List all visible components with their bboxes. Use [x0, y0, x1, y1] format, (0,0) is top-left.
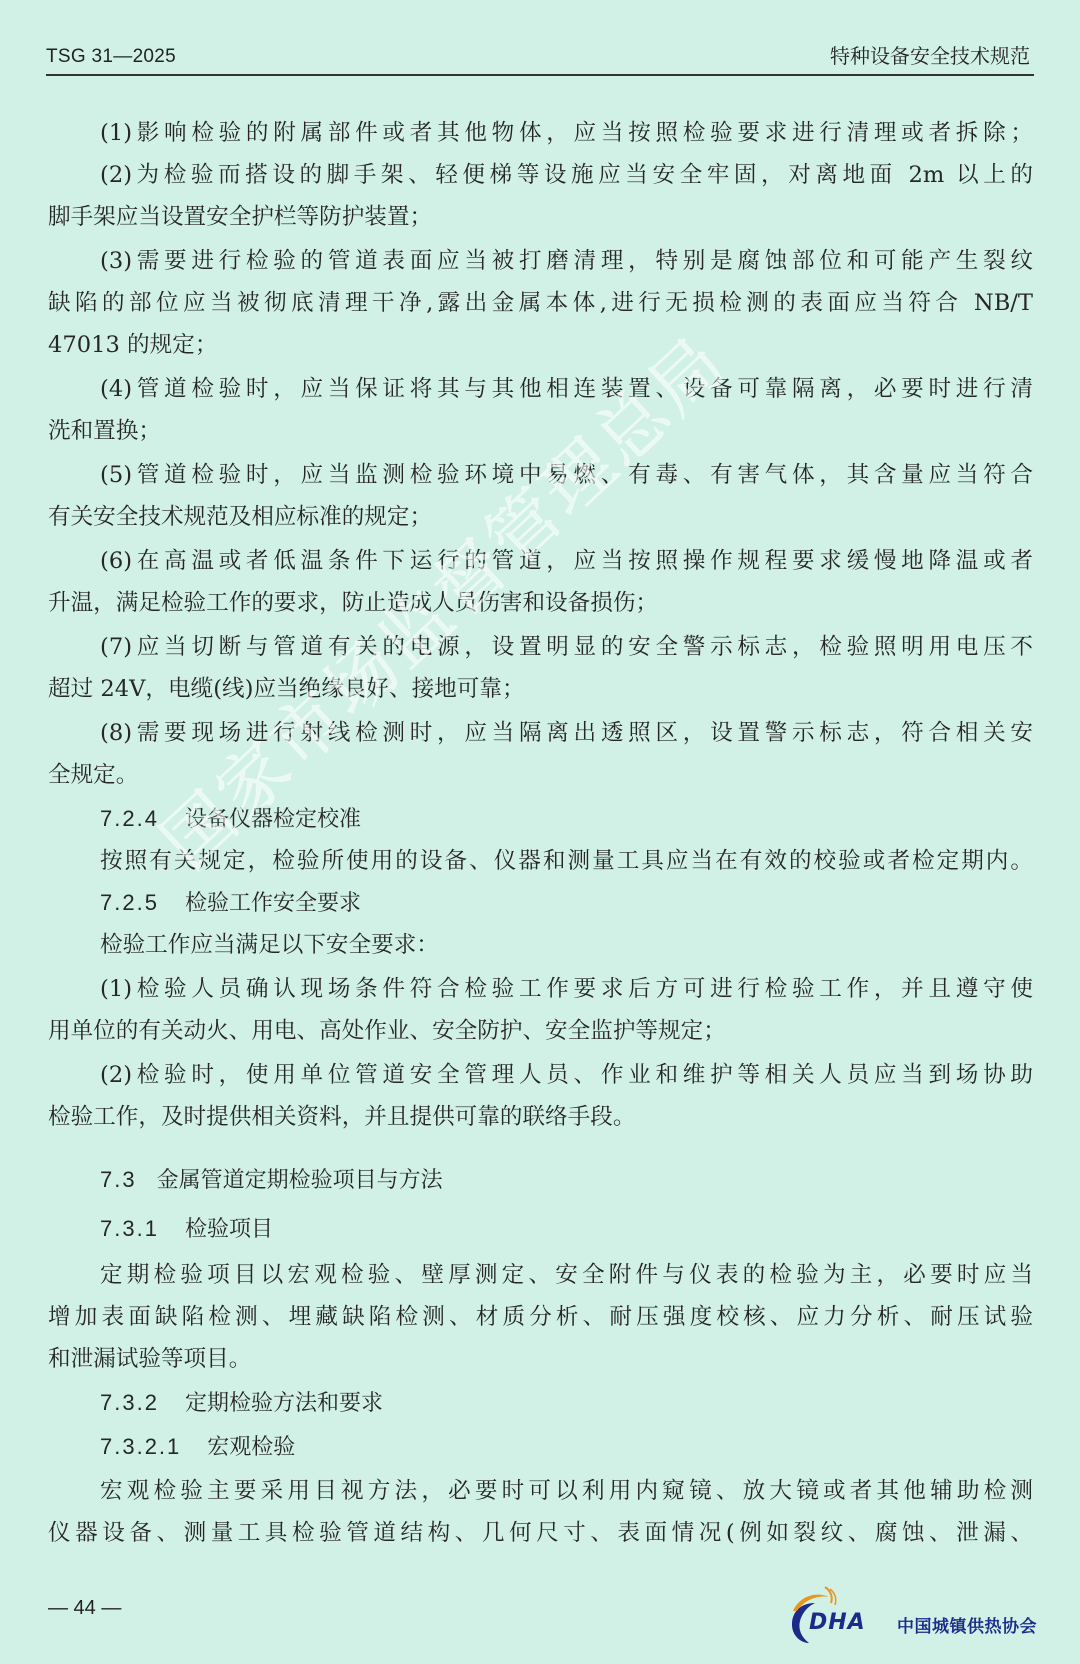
section-number: 7.2.4	[100, 804, 159, 834]
list-item-7-line-2: 超过 24V，电缆(线)应当绝缘良好、接地可靠；	[48, 674, 525, 704]
list-item-5-line-1: (5)管道检验时，应当监测检验环境中易燃、有毒、有害气体，其含量应当符合	[100, 460, 1033, 490]
list-item-4-line-1: (4)管道检验时，应当保证将其与其他相连装置、设备可靠隔离，必要时进行清	[100, 374, 1033, 404]
section-heading-7-2-4: 7.2.4设备仪器检定校准	[100, 804, 361, 835]
paragraph-7-2-5-intro: 检验工作应当满足以下安全要求：	[100, 930, 439, 960]
paragraph-7-3-1-line-1: 定期检验项目以宏观检验、壁厚测定、安全附件与仪表的检验为主，必要时应当	[100, 1260, 1033, 1290]
section-number: 7.3.2	[100, 1388, 159, 1418]
section-number: 7.3.2.1	[100, 1432, 181, 1462]
logo-organization-name: 中国城镇供热协会	[897, 1612, 1037, 1637]
list-item-8-line-2: 全规定。	[48, 760, 138, 790]
section-number: 7.2.5	[100, 888, 159, 918]
paragraph-7-2-4: 按照有关规定，检验所使用的设备、仪器和测量工具应当在有效的校验或者检定期内。	[100, 846, 1033, 876]
list-item-5-line-2: 有关安全技术规范及相应标准的规定；	[48, 502, 432, 532]
list-item-3-line-3: 47013 的规定；	[48, 330, 217, 360]
list-item-4-line-2: 洗和置换；	[48, 416, 161, 446]
list-item-2-line-1: (2)为检验而搭设的脚手架、轻便梯等设施应当安全牢固，对离地面 2m 以上的	[100, 160, 1033, 190]
list-item-8-line-1: (8)需要现场进行射线检测时，应当隔离出透照区，设置警示标志，符合相关安	[100, 718, 1033, 748]
standard-code: TSG 31—2025	[46, 46, 176, 68]
list-item-3-line-2: 缺陷的部位应当被彻底清理干净,露出金属本体,进行无损检测的表面应当符合 NB/T	[48, 288, 1033, 318]
section-heading-7-2-5: 7.2.5检验工作安全要求	[100, 888, 361, 919]
list-item-7-2-5-1-line-2: 用单位的有关动火、用电、高处作业、安全防护、安全监护等规定；	[48, 1016, 726, 1046]
paragraph-7-3-2-1-line-1: 宏观检验主要采用目视方法，必要时可以利用内窥镜、放大镜或者其他辅助检测	[100, 1476, 1033, 1506]
page-header: TSG 31—2025 特种设备安全技术规范	[46, 38, 1034, 76]
paragraph-7-3-1-line-3: 和泄漏试验等项目。	[48, 1344, 251, 1374]
section-title: 检验工作安全要求	[185, 891, 361, 916]
page-number: — 44 —	[48, 1597, 121, 1620]
section-title: 设备仪器检定校准	[185, 807, 361, 832]
list-item-6-line-2: 升温，满足检验工作的要求，防止造成人员伤害和设备损伤；	[48, 588, 658, 618]
section-title: 金属管道定期检验项目与方法	[157, 1168, 443, 1193]
section-heading-7-3-2: 7.3.2定期检验方法和要求	[100, 1388, 383, 1419]
section-number: 7.3.1	[100, 1214, 159, 1244]
section-heading-7-3: 7.3金属管道定期检验项目与方法	[100, 1165, 443, 1196]
list-item-7-2-5-2-line-2: 检验工作，及时提供相关资料，并且提供可靠的联络手段。	[48, 1102, 635, 1132]
paragraph-7-3-2-1-line-2: 仪器设备、测量工具检验管道结构、几何尺寸、表面情况(例如裂纹、腐蚀、泄漏、	[48, 1518, 1033, 1548]
chda-logo: DHA 中国城镇供热协会	[785, 1585, 1055, 1645]
section-heading-7-3-2-1: 7.3.2.1宏观检验	[100, 1432, 295, 1463]
list-item-7-line-1: (7)应当切断与管道有关的电源，设置明显的安全警示标志，检验照明用电压不	[100, 632, 1033, 662]
list-item-2-line-2: 脚手架应当设置安全护栏等防护装置；	[48, 202, 432, 232]
section-heading-7-3-1: 7.3.1检验项目	[100, 1214, 273, 1245]
section-number: 7.3	[100, 1165, 137, 1195]
list-item-1: (1)影响检验的附属部件或者其他物体，应当按照检验要求进行清理或者拆除；	[100, 118, 1033, 148]
standard-series-title: 特种设备安全技术规范	[830, 40, 1030, 69]
section-title: 宏观检验	[207, 1435, 295, 1460]
list-item-3-line-1: (3)需要进行检验的管道表面应当被打磨清理，特别是腐蚀部位和可能产生裂纹	[100, 246, 1033, 276]
section-title: 检验项目	[185, 1217, 273, 1242]
paragraph-7-3-1-line-2: 增加表面缺陷检测、埋藏缺陷检测、材质分析、耐压强度校核、应力分析、耐压试验	[48, 1302, 1033, 1332]
section-title: 定期检验方法和要求	[185, 1391, 383, 1416]
logo-abbreviation: DHA	[809, 1610, 866, 1635]
list-item-7-2-5-1-line-1: (1)检验人员确认现场条件符合检验工作要求后方可进行检验工作，并且遵守使	[100, 974, 1033, 1004]
list-item-6-line-1: (6)在高温或者低温条件下运行的管道，应当按照操作规程要求缓慢地降温或者	[100, 546, 1033, 576]
list-item-7-2-5-2-line-1: (2)检验时，使用单位管道安全管理人员、作业和维护等相关人员应当到场协助	[100, 1060, 1033, 1090]
